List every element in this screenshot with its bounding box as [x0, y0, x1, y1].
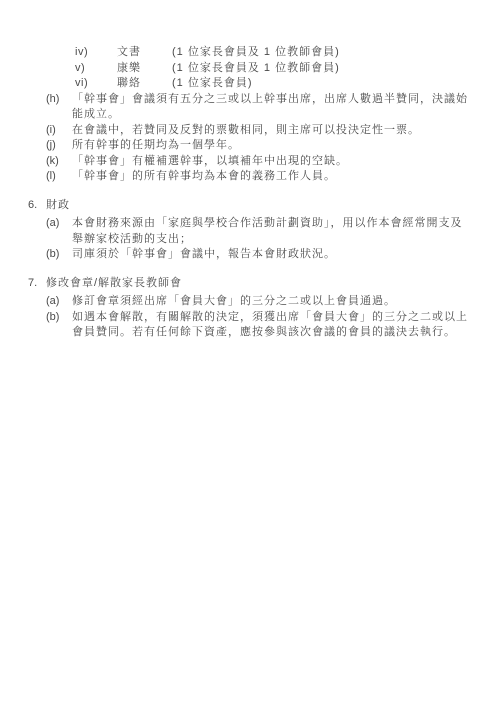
clause-marker: (a): [46, 294, 72, 310]
clause-text: 所有幹事的任期均為一個學年。: [72, 138, 474, 154]
section-title: 財政: [46, 198, 500, 214]
clause-text: 「幹事會」有權補選幹事，以填補年中出現的空缺。: [72, 154, 474, 170]
clause-item-i: (i) 在會議中，若贊同及反對的票數相同，則主席可以投決定性一票。: [46, 123, 500, 139]
clause-marker: (h): [46, 92, 72, 123]
clause-item-j: (j) 所有幹事的任期均為一個學年。: [46, 138, 500, 154]
clause-text: 在會議中，若贊同及反對的票數相同，則主席可以投決定性一票。: [72, 123, 474, 139]
clause-marker: (i): [46, 123, 72, 139]
clause-marker: (b): [46, 247, 72, 263]
clause-list: (h) 「幹事會」會議須有五分之三或以上幹事出席，出席人數過半贊同，決議始能成立…: [28, 92, 500, 185]
officer-sublist: iv) 文書 (1 位家長會員及 1 位教師會員) v) 康樂 (1 位家長會員…: [75, 45, 500, 92]
clause-item-k: (k) 「幹事會」有權補選幹事，以填補年中出現的空缺。: [46, 154, 500, 170]
clause-text: 司庫須於「幹事會」會議中，報告本會財政狀況。: [72, 247, 474, 263]
section-heading: 6. 財政: [28, 198, 500, 214]
sublist-quota: (1 位家長會員及 1 位教師會員): [172, 45, 340, 61]
clause-marker: (a): [46, 216, 72, 247]
sublist-role: 聯絡: [117, 76, 172, 92]
clause-marker: (b): [46, 310, 72, 341]
clause-text: 本會財務來源由「家庭與學校合作活動計劃資助」，用以作本會經常開支及舉辦家校活動的…: [72, 216, 474, 247]
clause-item-h: (h) 「幹事會」會議須有五分之三或以上幹事出席，出席人數過半贊同，決議始能成立…: [46, 92, 500, 123]
officer-sublist-row: v) 康樂 (1 位家長會員及 1 位教師會員): [75, 61, 500, 77]
section-finance: 6. 財政 (a) 本會財務來源由「家庭與學校合作活動計劃資助」，用以作本會經常…: [28, 198, 500, 263]
clause-marker: (j): [46, 138, 72, 154]
section-title: 修改會章/解散家長教師會: [46, 276, 500, 292]
section-items: (a) 本會財務來源由「家庭與學校合作活動計劃資助」，用以作本會經常開支及舉辦家…: [28, 216, 500, 263]
clause-text: 如遇本會解散，有關解散的決定，須獲出席「會員大會」的三分之二或以上會員贊同。若有…: [72, 310, 474, 341]
section-number: 7.: [28, 276, 46, 292]
clause-marker: (l): [46, 169, 72, 185]
clause-text: 修訂會章須經出席「會員大會」的三分之二或以上會員通過。: [72, 294, 474, 310]
clause-text: 「幹事會」會議須有五分之三或以上幹事出席，出席人數過半贊同，決議始能成立。: [72, 92, 474, 123]
clause-item-6a: (a) 本會財務來源由「家庭與學校合作活動計劃資助」，用以作本會經常開支及舉辦家…: [46, 216, 500, 247]
clause-item-7b: (b) 如遇本會解散，有關解散的決定，須獲出席「會員大會」的三分之二或以上會員贊…: [46, 310, 500, 341]
sublist-index: v): [75, 61, 117, 77]
clause-item-l: (l) 「幹事會」的所有幹事均為本會的義務工作人員。: [46, 169, 500, 185]
document-page: iv) 文書 (1 位家長會員及 1 位教師會員) v) 康樂 (1 位家長會員…: [0, 0, 500, 707]
officer-sublist-row: iv) 文書 (1 位家長會員及 1 位教師會員): [75, 45, 500, 61]
clause-marker: (k): [46, 154, 72, 170]
sublist-index: vi): [75, 76, 117, 92]
clause-item-6b: (b) 司庫須於「幹事會」會議中，報告本會財政狀況。: [46, 247, 500, 263]
clause-text: 「幹事會」的所有幹事均為本會的義務工作人員。: [72, 169, 474, 185]
section-items: (a) 修訂會章須經出席「會員大會」的三分之二或以上會員通過。 (b) 如遇本會…: [28, 294, 500, 341]
sublist-index: iv): [75, 45, 117, 61]
officer-sublist-row: vi) 聯絡 (1 位家長會員): [75, 76, 500, 92]
sublist-role: 文書: [117, 45, 172, 61]
section-heading: 7. 修改會章/解散家長教師會: [28, 276, 500, 292]
sublist-role: 康樂: [117, 61, 172, 77]
clause-item-7a: (a) 修訂會章須經出席「會員大會」的三分之二或以上會員通過。: [46, 294, 500, 310]
sublist-quota: (1 位家長會員): [172, 76, 253, 92]
section-number: 6.: [28, 198, 46, 214]
sublist-quota: (1 位家長會員及 1 位教師會員): [172, 61, 340, 77]
section-amendment-dissolution: 7. 修改會章/解散家長教師會 (a) 修訂會章須經出席「會員大會」的三分之二或…: [28, 276, 500, 341]
